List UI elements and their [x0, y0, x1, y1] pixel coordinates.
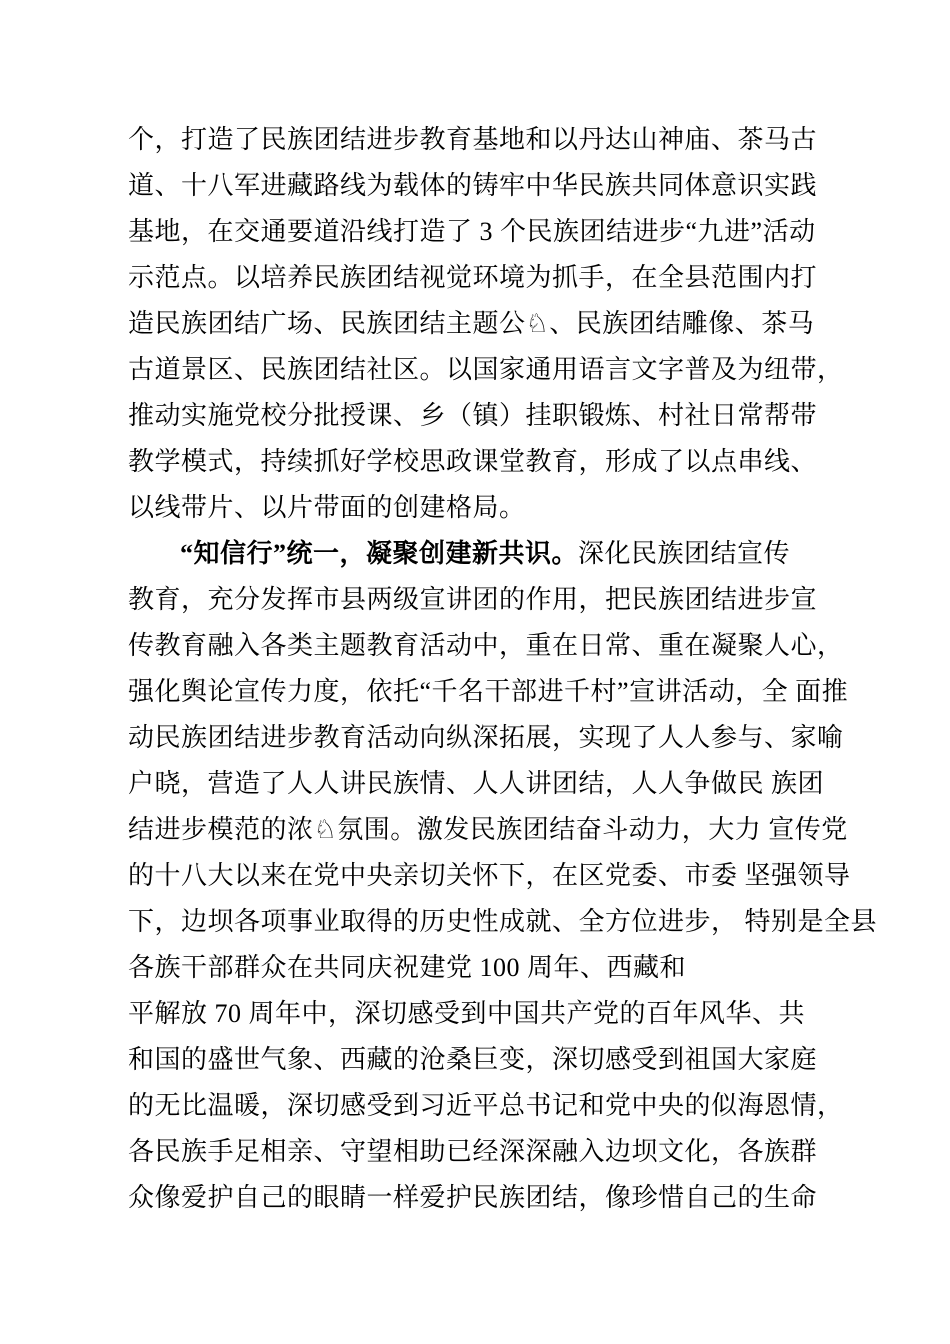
text-line: 的无比温暖，深切感受到习近平总书记和党中央的似海恩情， — [128, 1083, 862, 1129]
text-line: 动民族团结进步教育活动向纵深拓展，实现了人人参与、家喻 — [128, 715, 862, 761]
text-line: 示范点。以培养民族团结视觉环境为抓手，在全县范围内打 — [128, 255, 862, 301]
text-segment: 以线带片、以片带面的创建格局。 — [128, 493, 526, 522]
text-segment: 的十八大以来在党中央亲切关怀下，在区党委、市委 坚强领导 — [128, 861, 851, 890]
text-segment: 基地，在交通要道沿线打造了 3 个民族团结进步“九进”活动 — [128, 217, 816, 246]
text-segment: 道、十八军进藏路线为载体的铸牢中华民族共同体意识实践 — [128, 171, 817, 200]
bold-text-segment: “知信行”统一，凝聚创建新共识。 — [180, 539, 578, 568]
text-segment: 传教育融入各类主题教育活动中，重在日常、重在凝聚人心， — [128, 631, 844, 660]
document-page: 个，打造了民族团结进步教育基地和以丹达山神庙、茶马古道、十八军进藏路线为载体的铸… — [0, 0, 950, 1344]
text-segment: 造民族团结广场、民族团结主题公♘、民族团结雕像、茶马 — [128, 309, 814, 338]
text-line: 以线带片、以片带面的创建格局。 — [128, 485, 862, 531]
text-line: 众像爱护自己的眼睛一样爱护民族团结，像珍惜自己的生命 — [128, 1175, 862, 1221]
text-segment: 深化民族团结宣传 — [578, 539, 790, 568]
text-line: “知信行”统一，凝聚创建新共识。深化民族团结宣传 — [128, 531, 862, 577]
text-line: 和国的盛世气象、西藏的沧桑巨变，深切感受到祖国大家庭 — [128, 1037, 862, 1083]
text-segment: 推动实施党校分批授课、乡（镇）挂职锻炼、村社日常帮带 — [128, 401, 817, 430]
text-line: 教学模式，持续抓好学校思政课堂教育，形成了以点串线、 — [128, 439, 862, 485]
text-line: 结进步模范的浓♘氛围。激发民族团结奋斗动力，大力 宣传党 — [128, 807, 862, 853]
text-line: 各民族手足相亲、守望相助已经深深融入边坝文化，各族群 — [128, 1129, 862, 1175]
text-segment: 教育，充分发挥市县两级宣讲团的作用，把民族团结进步宣 — [128, 585, 817, 614]
document-body: 个，打造了民族团结进步教育基地和以丹达山神庙、茶马古道、十八军进藏路线为载体的铸… — [128, 117, 862, 1221]
text-segment: 教学模式，持续抓好学校思政课堂教育，形成了以点串线、 — [128, 447, 817, 476]
text-segment: 古道景区、民族团结社区。以国家通用语言文字普及为纽带， — [128, 355, 844, 384]
text-segment: 下，边坝各项事业取得的历史性成就、全方位进步， 特别是全县 — [128, 907, 877, 936]
text-line: 传教育融入各类主题教育活动中，重在日常、重在凝聚人心， — [128, 623, 862, 669]
text-line: 道、十八军进藏路线为载体的铸牢中华民族共同体意识实践 — [128, 163, 862, 209]
text-line: 造民族团结广场、民族团结主题公♘、民族团结雕像、茶马 — [128, 301, 862, 347]
text-line: 的十八大以来在党中央亲切关怀下，在区党委、市委 坚强领导 — [128, 853, 862, 899]
text-segment: 结进步模范的浓♘氛围。激发民族团结奋斗动力，大力 宣传党 — [128, 815, 848, 844]
text-segment: 各民族手足相亲、守望相助已经深深融入边坝文化，各族群 — [128, 1137, 817, 1166]
text-segment: 各族干部群众在共同庆祝建党 100 周年、西藏和 — [128, 953, 686, 982]
text-line: 基地，在交通要道沿线打造了 3 个民族团结进步“九进”活动 — [128, 209, 862, 255]
text-line: 个，打造了民族团结进步教育基地和以丹达山神庙、茶马古 — [128, 117, 862, 163]
text-line: 下，边坝各项事业取得的历史性成就、全方位进步， 特别是全县 — [128, 899, 862, 945]
text-line: 户晓，营造了人人讲民族情、人人讲团结，人人争做民 族团 — [128, 761, 862, 807]
text-segment: 动民族团结进步教育活动向纵深拓展，实现了人人参与、家喻 — [128, 723, 844, 752]
text-line: 平解放 70 周年中，深切感受到中国共产党的百年风华、共 — [128, 991, 862, 1037]
text-segment: 示范点。以培养民族团结视觉环境为抓手，在全县范围内打 — [128, 263, 817, 292]
text-line: 教育，充分发挥市县两级宣讲团的作用，把民族团结进步宣 — [128, 577, 862, 623]
text-segment: 众像爱护自己的眼睛一样爱护民族团结，像珍惜自己的生命 — [128, 1183, 817, 1212]
text-segment: 个，打造了民族团结进步教育基地和以丹达山神庙、茶马古 — [128, 125, 817, 154]
text-segment: 的无比温暖，深切感受到习近平总书记和党中央的似海恩情， — [128, 1091, 844, 1120]
text-segment: 和国的盛世气象、西藏的沧桑巨变，深切感受到祖国大家庭 — [128, 1045, 817, 1074]
text-line: 各族干部群众在共同庆祝建党 100 周年、西藏和 — [128, 945, 862, 991]
text-segment: 平解放 70 周年中，深切感受到中国共产党的百年风华、共 — [128, 999, 805, 1028]
text-line: 强化舆论宣传力度，依托“千名干部进千村”宣讲活动，全 面推 — [128, 669, 862, 715]
text-line: 推动实施党校分批授课、乡（镇）挂职锻炼、村社日常帮带 — [128, 393, 862, 439]
text-segment: 户晓，营造了人人讲民族情、人人讲团结，人人争做民 族团 — [128, 769, 824, 798]
text-segment: 强化舆论宣传力度，依托“千名干部进千村”宣讲活动，全 面推 — [128, 677, 848, 706]
text-line: 古道景区、民族团结社区。以国家通用语言文字普及为纽带， — [128, 347, 862, 393]
